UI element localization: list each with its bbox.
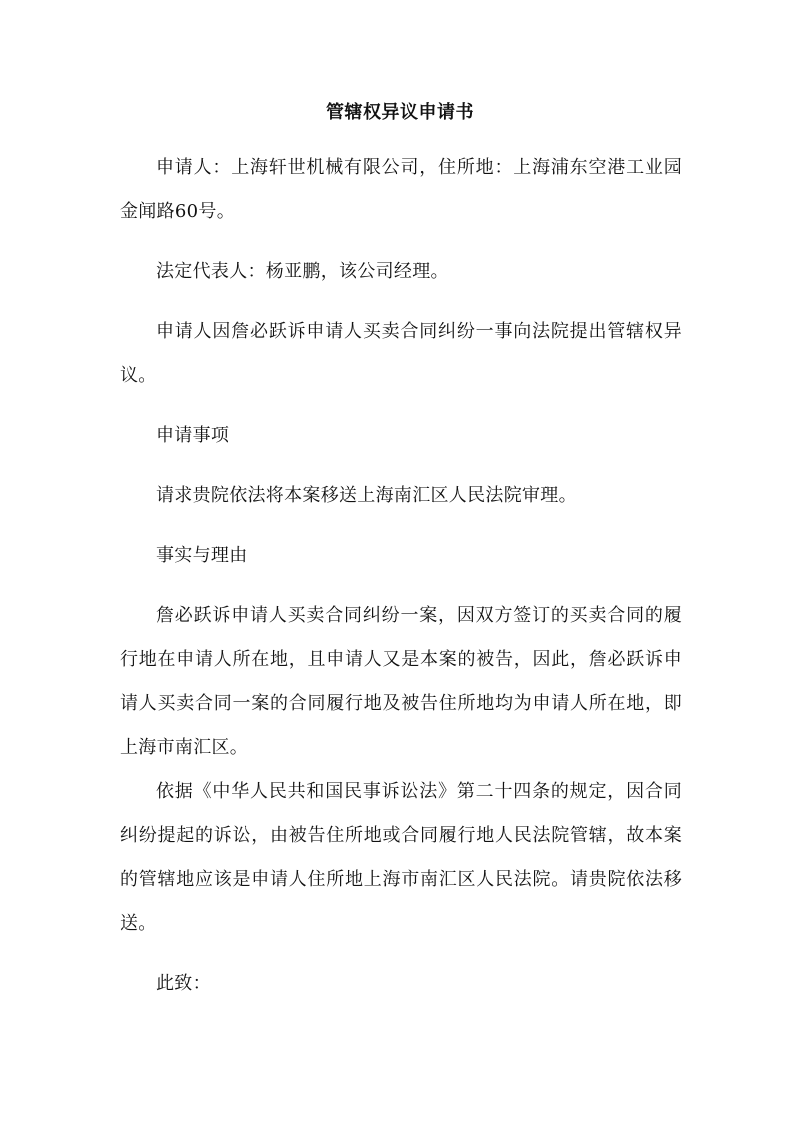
facts-paragraph: 詹必跃诉申请人买卖合同纠纷一案，因双方签订的买卖合同的履行地在申请人所在地，且申… xyxy=(120,594,682,770)
request-paragraph: 请求贵院依法将本案移送上海南汇区人民法院审理。 xyxy=(120,474,682,518)
document-title: 管辖权异议申请书 xyxy=(0,98,800,124)
legal-representative-paragraph: 法定代表人：杨亚鹏，该公司经理。 xyxy=(120,250,682,294)
document-page: 管辖权异议申请书 申请人：上海轩世机械有限公司，住所地：上海浦东空港工业园金闻路… xyxy=(0,0,800,1132)
request-heading: 申请事项 xyxy=(120,414,682,458)
legal-basis-paragraph: 依据《中华人民共和国民事诉讼法》第二十四条的规定，因合同纠纷提起的诉讼，由被告住… xyxy=(120,770,682,946)
applicant-paragraph: 申请人：上海轩世机械有限公司，住所地：上海浦东空港工业园金闻路60号。 xyxy=(120,146,682,234)
facts-heading: 事实与理由 xyxy=(120,534,682,578)
objection-intro-paragraph: 申请人因詹必跃诉申请人买卖合同纠纷一事向法院提出管辖权异议。 xyxy=(120,310,682,398)
closing-salutation: 此致： xyxy=(120,962,682,1006)
